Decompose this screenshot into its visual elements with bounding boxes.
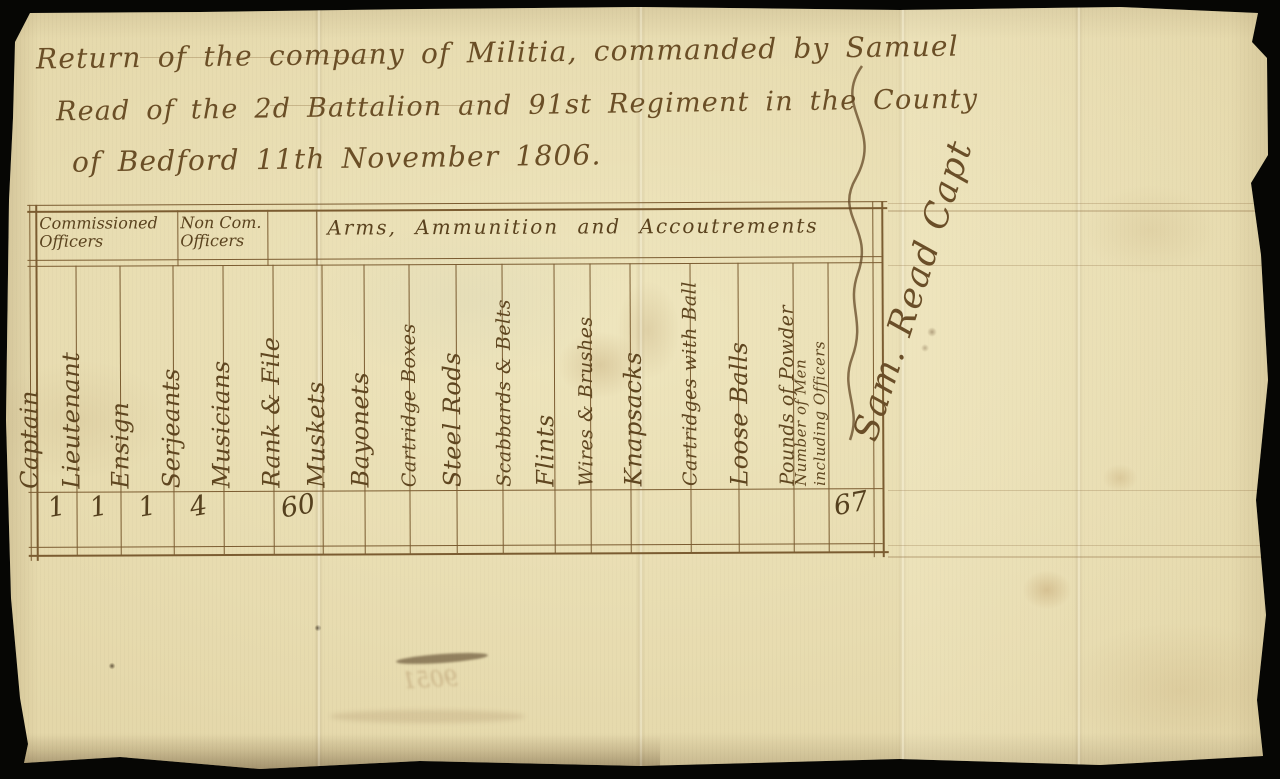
column-value: [555, 486, 590, 492]
column-label: Lieutenant: [57, 352, 86, 489]
column-label: Rank & File: [256, 336, 285, 487]
column-value: 1: [74, 488, 123, 526]
heading-line-3: of Bedford 11th November 1806.: [72, 138, 602, 178]
header-commissioned-officers: Commissioned Officers: [39, 214, 171, 251]
fold-crease: [1074, 0, 1083, 779]
table-rule-header-vertical: [267, 210, 268, 266]
heading-line-1: Return of the company of Militia, comman…: [36, 30, 959, 76]
column-value: 1: [118, 487, 176, 527]
paper-sheet: Return of the company of Militia, comman…: [0, 0, 1280, 779]
column-label: Wires & Brushes: [575, 316, 598, 486]
table-rule-horizontal: [27, 256, 881, 261]
column-label: Ensign: [106, 402, 134, 489]
column-label: Muskets: [302, 381, 330, 488]
ruled-line-extension: [888, 556, 1265, 558]
column-label: Steel Rods: [438, 352, 467, 487]
table-border-vertical: [29, 205, 32, 561]
column-label: Loose Balls: [724, 342, 753, 486]
bleedthrough-marks: 9051: [401, 667, 458, 695]
header-arms-ammunition: Arms, Ammunition and Accoutrements: [327, 214, 872, 239]
column-value: 60: [271, 487, 325, 526]
table-rule-horizontal: [27, 207, 887, 213]
ruled-line-extension: [888, 490, 1265, 491]
ink-smudge: [396, 651, 488, 666]
table-rule-header-vertical: [177, 210, 178, 266]
column-label: Cartridges with Ball: [679, 281, 702, 486]
table-rule-horizontal: [27, 201, 887, 206]
column-label: Scabbards & Belts: [493, 299, 516, 487]
column-label: Serjeants: [157, 368, 186, 488]
column-label: Captain: [15, 390, 43, 489]
ruled-line-extension: [888, 203, 1265, 204]
bleedthrough-smudge: [330, 710, 525, 723]
column-label: Flints: [531, 414, 559, 487]
column-label: Cartridge Boxes: [397, 323, 420, 487]
column-value: [794, 485, 828, 491]
column-label: Musicians: [207, 360, 236, 488]
signature-flourish: [822, 58, 892, 448]
header-non-commissioned-officers: Non Com. Officers: [180, 214, 266, 251]
ruled-line-extension: [888, 545, 1265, 546]
return-table: Commissioned Officers Non Com. Officers …: [27, 201, 889, 561]
column-value: 1: [34, 488, 79, 526]
column-value: [591, 486, 630, 493]
column-value: 4: [171, 487, 226, 526]
ruled-line-extension: [888, 265, 1265, 266]
column-value: [457, 486, 502, 494]
ruled-line-extension: [888, 210, 1265, 212]
table-rule-header-vertical: [316, 210, 317, 266]
table-column-scabbards-belts: Scabbards & Belts: [501, 264, 554, 553]
column-value: [365, 486, 409, 494]
column-value: [323, 487, 364, 494]
column-label: Bayonets: [345, 372, 374, 488]
bottom-fold-shadow: [0, 735, 660, 769]
column-label: Knapsacks: [619, 352, 648, 487]
